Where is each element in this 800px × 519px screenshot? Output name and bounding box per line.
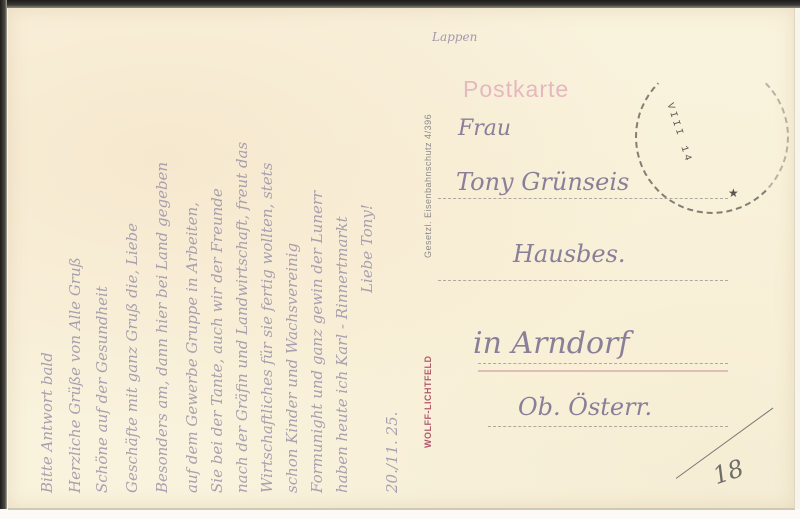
message-line: Herzliche Grüße von Alle Gruß <box>66 257 84 493</box>
message-date: 20./11. 25. <box>383 412 401 493</box>
address-region: Ob. Österr. <box>518 393 652 421</box>
address-name: Tony Grünseis <box>456 168 629 196</box>
message-line: Formunight und ganz gewin der Lunerr <box>308 191 326 493</box>
address-salutation: Frau <box>458 116 511 141</box>
message-greeting: Liebe Tony! <box>358 204 376 293</box>
postmark-circle-icon <box>635 60 789 214</box>
message-line: Wirtschaftliches für sie fertig wollten,… <box>258 163 276 493</box>
copyright-imprint: Gesetzl. Eisenbahnschutz 4/396 <box>423 114 433 258</box>
address-city: in Arndorf <box>473 326 630 361</box>
message-area: 20./11. 25. Liebe Tony! haben heute ich … <box>28 23 408 503</box>
price-mark: 18 <box>709 454 747 490</box>
postcard: 20./11. 25. Liebe Tony! haben heute ich … <box>8 8 795 510</box>
message-line: haben heute ich Karl - Rinnertmarkt <box>333 216 351 493</box>
postcard-heading: Postkarte <box>463 76 569 103</box>
message-line: nach der Gräfin und Landwirtschaft, freu… <box>233 142 251 493</box>
scan-edge-bottom <box>0 509 800 519</box>
message-line: auf dem Gewerbe Gruppe in Arbeiten, <box>183 202 201 493</box>
message-closing: Bitte Antwort bald <box>38 352 56 493</box>
message-line: Besonders am, dann hier bei Land gegeben <box>153 162 171 493</box>
address-rule <box>478 363 728 364</box>
scan-frame: 20./11. 25. Liebe Tony! haben heute ich … <box>0 0 800 519</box>
publisher-imprint: WOLFF-LICHTFELD <box>423 356 433 448</box>
message-line: schon Kinder und Wachsvereinig <box>283 243 301 493</box>
address-rule <box>438 198 728 199</box>
stamp-area: VIII 14 ★ <box>633 58 798 213</box>
scan-edge-left <box>0 0 7 519</box>
message-line: Sie bei der Tante, auch wir der Freunde <box>208 188 226 493</box>
stamp-note: Lappen <box>432 30 477 44</box>
address-line2: Hausbes. <box>513 240 626 268</box>
address-rule <box>488 426 728 427</box>
address-underline <box>478 370 728 372</box>
message-line: Geschäfte mit ganz Gruß die, Liebe <box>123 223 141 493</box>
scan-edge-top <box>0 0 800 8</box>
star-icon: ★ <box>728 186 739 201</box>
center-divider: WOLFF-LICHTFELD Gesetzl. Eisenbahnschutz… <box>413 108 443 448</box>
address-rule <box>438 280 728 281</box>
message-line: Schöne auf der Gesundheit <box>93 286 111 493</box>
